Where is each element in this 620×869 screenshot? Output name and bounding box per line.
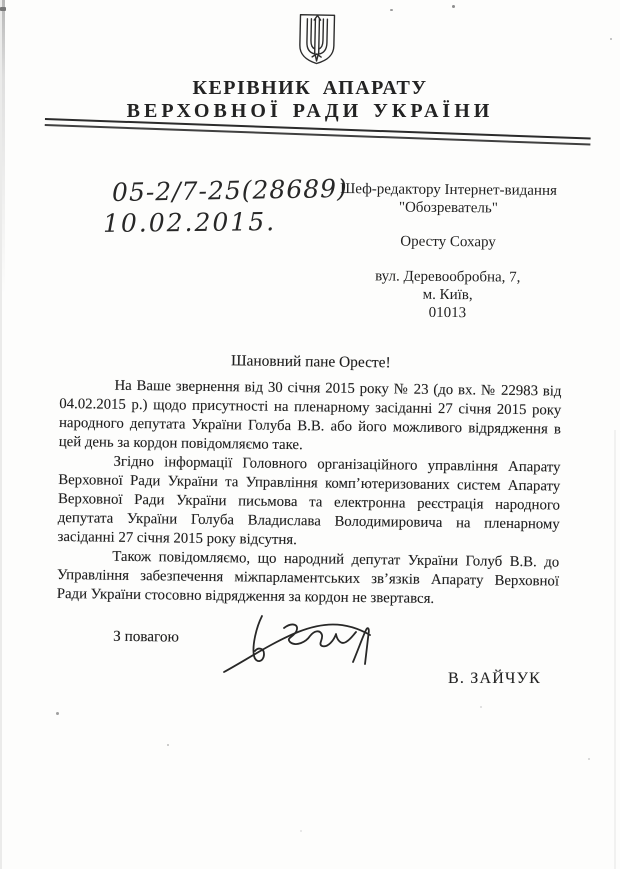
signer-name: В. ЗАЙЧУК <box>448 670 541 688</box>
recipient-address: вул. Деревообробна, 7, м. Київ, 01013 <box>332 267 562 323</box>
scan-speck <box>390 9 393 11</box>
scan-speck <box>300 830 302 832</box>
scan-edge-shadow-right <box>614 430 616 869</box>
scan-speck <box>167 744 169 746</box>
scan-edge-shadow <box>2 0 5 310</box>
recipient-block: Шеф-редактору Інтернет-видання "Обозрева… <box>332 180 563 323</box>
scan-speck <box>480 706 482 708</box>
scan-speck <box>452 5 455 8</box>
letterhead-title-line1: КЕРІВНИК АПАРАТУ <box>0 77 620 100</box>
recipient-line1: Шеф-редактору Інтернет-видання <box>333 180 563 200</box>
paragraph: Згідно інформації Головного організаційн… <box>57 452 560 554</box>
recipient-address-line: вул. Деревообробна, 7, <box>333 267 563 287</box>
signature-scribble <box>218 598 388 678</box>
scan-speck <box>588 758 590 760</box>
scan-edge-shadow-faint <box>0 0 2 869</box>
recipient-name: Оресту Сохару <box>333 232 563 252</box>
ukraine-trident-emblem-icon <box>296 12 337 67</box>
handwritten-reference-number: 05-2/7-25(28689) <box>112 174 348 207</box>
salutation: Шановний пане Оресте! <box>60 349 562 375</box>
recipient-line2: "Обозреватель" <box>333 198 563 218</box>
scan-speck <box>610 38 612 40</box>
scan-speck <box>56 712 59 715</box>
handwritten-date: 10.02.2015. <box>103 207 276 238</box>
letterhead-title: КЕРІВНИК АПАРАТУ ВЕРХОВНОЇ РАДИ УКРАЇНИ <box>0 77 620 123</box>
scan-corner-mark <box>0 7 6 11</box>
scanned-letter-page: КЕРІВНИК АПАРАТУ ВЕРХОВНОЇ РАДИ УКРАЇНИ … <box>0 0 620 869</box>
paragraph: На Ваше звернення від 30 січня 2015 року… <box>59 376 562 459</box>
recipient-address-line: м. Київ, <box>333 285 563 305</box>
recipient-address-line: 01013 <box>332 303 562 323</box>
